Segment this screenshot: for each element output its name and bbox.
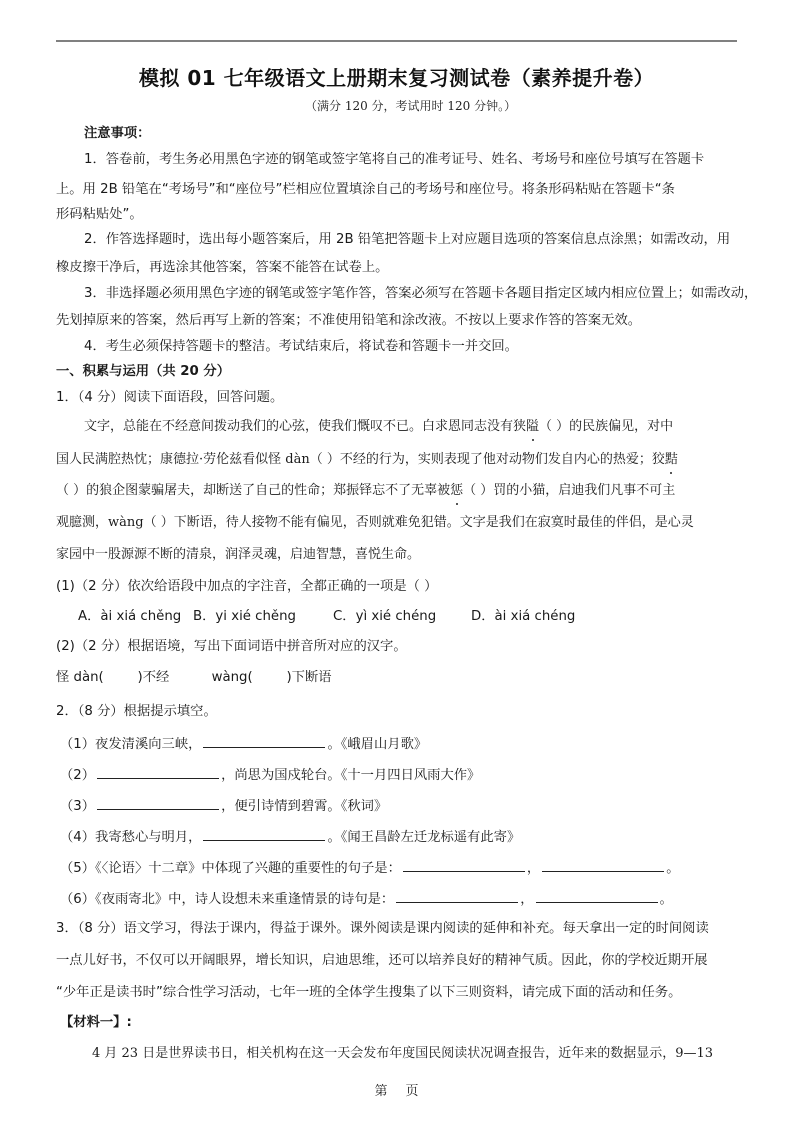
dotted-char: 隘: [526, 417, 539, 437]
q1-sub1-stem: (1)（2 分）依次给语段中加点的字注音，全都正确的一项是（ ）: [56, 577, 742, 597]
page-subtitle: （满分 120 分，考试用时 120 分钟。）: [305, 97, 516, 114]
footer-page-suffix: 页: [406, 1084, 419, 1099]
q2-item-4: （4）我寄愁心与明月，。《闻王昌龄左迁龙标遥有此寄》: [60, 826, 746, 848]
q1-sub1-options: A．ài xiá chěngB．yi xié chěngC．yì xié ché…: [78, 607, 764, 627]
item-text: ，便引诗情到碧霄。《秋词》: [221, 799, 387, 814]
notice-heading: 注意事项：: [84, 124, 770, 144]
passage-text: （ ）的民族偏见，对中: [539, 419, 673, 434]
passage-line-1: 文字，总能在不经意间拨动我们的心弦，使我们慨叹不已。白求恩同志没有狭隘（ ）的民…: [84, 417, 770, 437]
q3-line-1: 3．（8 分）语文学习，得法于课内，得益于课外。课外阅读是课内阅读的延伸和补充。…: [56, 919, 742, 939]
item-text: （6）《夜雨寄北》中，诗人设想未来重逢情景的诗句是：: [60, 892, 394, 907]
item-text: （1）夜发清溪向三峡，: [60, 737, 201, 752]
q1-sub2-stem: (2)（2 分）根据语境，写出下面词语中拼音所对应的汉字。: [56, 637, 742, 657]
passage-text: （ ）罚的小猫，启迪我们凡事不可主: [463, 483, 675, 498]
answer-blank[interactable]: [203, 733, 325, 748]
section-heading: 一、积累与运用（共 20 分）: [56, 362, 742, 382]
item-text: ，尚思为国戍轮台。《十一月四日风雨大作》: [221, 768, 480, 783]
passage-text: 国人民满腔热忱；康德拉·劳伦兹看似怪 dàn（ ）不经的行为，实则表现了他对动物…: [56, 452, 665, 467]
passage-line-4: 观臆测，wàng（ ）下断语，待人接物不能有偏见，否则就难免犯错。文字是我们在寂…: [56, 513, 742, 533]
passage-text: 文字，总能在不经意间拨动我们的心弦，使我们慨叹不已。白求恩同志没有狭: [84, 419, 526, 434]
q2-item-2: （2），尚思为国戍轮台。《十一月四日风雨大作》: [60, 764, 746, 786]
answer-blank[interactable]: [542, 857, 664, 872]
notice-item-1-line-1: 1．答卷前，考生务必用黑色字迹的钢笔或签字笔将自己的准考证号、姓名、考场号和座位…: [84, 150, 770, 170]
page-footer: 第页: [0, 1080, 793, 1099]
q2-item-1: （1）夜发清溪向三峡，。《峨眉山月歌》: [60, 733, 746, 755]
passage-text: （ ）的狼企图蒙骗屠夫，却断送了自己的性命；郑振铎忘不了无辜被: [56, 483, 450, 498]
notice-item-1-line-3: 形码粘贴处”。: [56, 205, 742, 225]
item-text: ，: [520, 892, 533, 907]
notice-item-4-line-1: 4．考生必须保持答题卡的整洁。考试结束后，将试卷和答题卡一并交回。: [84, 337, 770, 357]
q2-item-3: （3），便引诗情到碧霄。《秋词》: [60, 795, 746, 817]
notice-item-2-line-1: 2．作答选择题时，选出每小题答案后，用 2B 铅笔把答题卡上对应题目选项的答案信…: [84, 230, 770, 250]
answer-blank[interactable]: [403, 857, 525, 872]
answer-blank[interactable]: [536, 888, 658, 903]
item-text: （4）我寄愁心与明月，: [60, 830, 201, 845]
item-text: 。《闻王昌龄左迁龙标遥有此寄》: [327, 830, 520, 845]
notice-item-1-line-2: 上。用 2B 铅笔在“考场号”和“座位号”栏相应位置填涂自己的考场号和座位号。将…: [56, 180, 742, 200]
option-b[interactable]: B．yi xié chěng: [193, 607, 333, 627]
item-text: 。: [660, 892, 673, 907]
notice-item-3-line-2: 先划掉原来的答案，然后再写上新的答案；不准使用铅笔和涂改液。不按以上要求作答的答…: [56, 311, 742, 331]
answer-blank[interactable]: [203, 826, 325, 841]
q2-item-6: （6）《夜雨寄北》中，诗人设想未来重逢情景的诗句是：，。: [60, 888, 746, 910]
dotted-char: 黠: [665, 450, 678, 470]
passage-line-5: 家园中一股源源不断的清泉，润泽灵魂，启迪智慧，喜悦生命。: [56, 545, 742, 565]
answer-blank[interactable]: [97, 764, 219, 779]
material-label: 【材料一】:: [60, 1013, 746, 1033]
q2-stem: 2．（8 分）根据提示填空。: [56, 702, 742, 722]
page-title: 模拟 01 七年级语文上册期末复习测试卷（素养提升卷）: [0, 62, 793, 91]
q3-line-3: “少年正是读书时”综合性学习活动，七年一班的全体学生搜集了以下三则资料，请完成下…: [56, 983, 742, 1003]
passage-line-2: 国人民满腔热忱；康德拉·劳伦兹看似怪 dàn（ ）不经的行为，实则表现了他对动物…: [56, 450, 742, 470]
answer-blank[interactable]: [97, 795, 219, 810]
option-d[interactable]: D．ài xiá chéng: [471, 607, 575, 627]
header-rule: [56, 40, 737, 42]
item-text: （3）: [60, 799, 95, 814]
item-text: （5）《〈论语〉十二章》中体现了兴趣的重要性的句子是：: [60, 861, 401, 876]
q3-line-2: 一点儿好书，不仅可以开阔眼界，增长知识，启迪思维，还可以培养良好的精神气质。因此…: [56, 951, 742, 971]
material-text: 4 月 23 日是世界读书日，相关机构在这一天会发布年度国民阅读状况调查报告，近…: [92, 1044, 778, 1064]
item-text: （2）: [60, 768, 95, 783]
item-text: 。: [666, 861, 679, 876]
footer-page-prefix: 第: [374, 1084, 387, 1099]
dotted-char: 惩: [450, 481, 463, 501]
item-text: 。《峨眉山月歌》: [327, 737, 427, 752]
notice-item-3-line-1: 3．非选择题必须用黑色字迹的钢笔或签字笔作答，答案必须写在答题卡各题目指定区域内…: [84, 284, 770, 304]
q1-stem: 1．（4 分）阅读下面语段，回答问题。: [56, 388, 742, 408]
option-a[interactable]: A．ài xiá chěng: [78, 607, 193, 627]
q2-item-5: （5）《〈论语〉十二章》中体现了兴趣的重要性的句子是：，。: [60, 857, 746, 879]
item-text: ，: [527, 861, 540, 876]
passage-line-3: （ ）的狼企图蒙骗屠夫，却断送了自己的性命；郑振铎忘不了无辜被惩（ ）罚的小猫，…: [56, 481, 742, 501]
q1-sub2-fill: 怪 dàn( )不经 wàng( )下断语: [56, 668, 742, 688]
notice-item-2-line-2: 橡皮擦干净后，再选涂其他答案，答案不能答在试卷上。: [56, 258, 742, 278]
answer-blank[interactable]: [396, 888, 518, 903]
option-c[interactable]: C．yì xié chéng: [333, 607, 471, 627]
